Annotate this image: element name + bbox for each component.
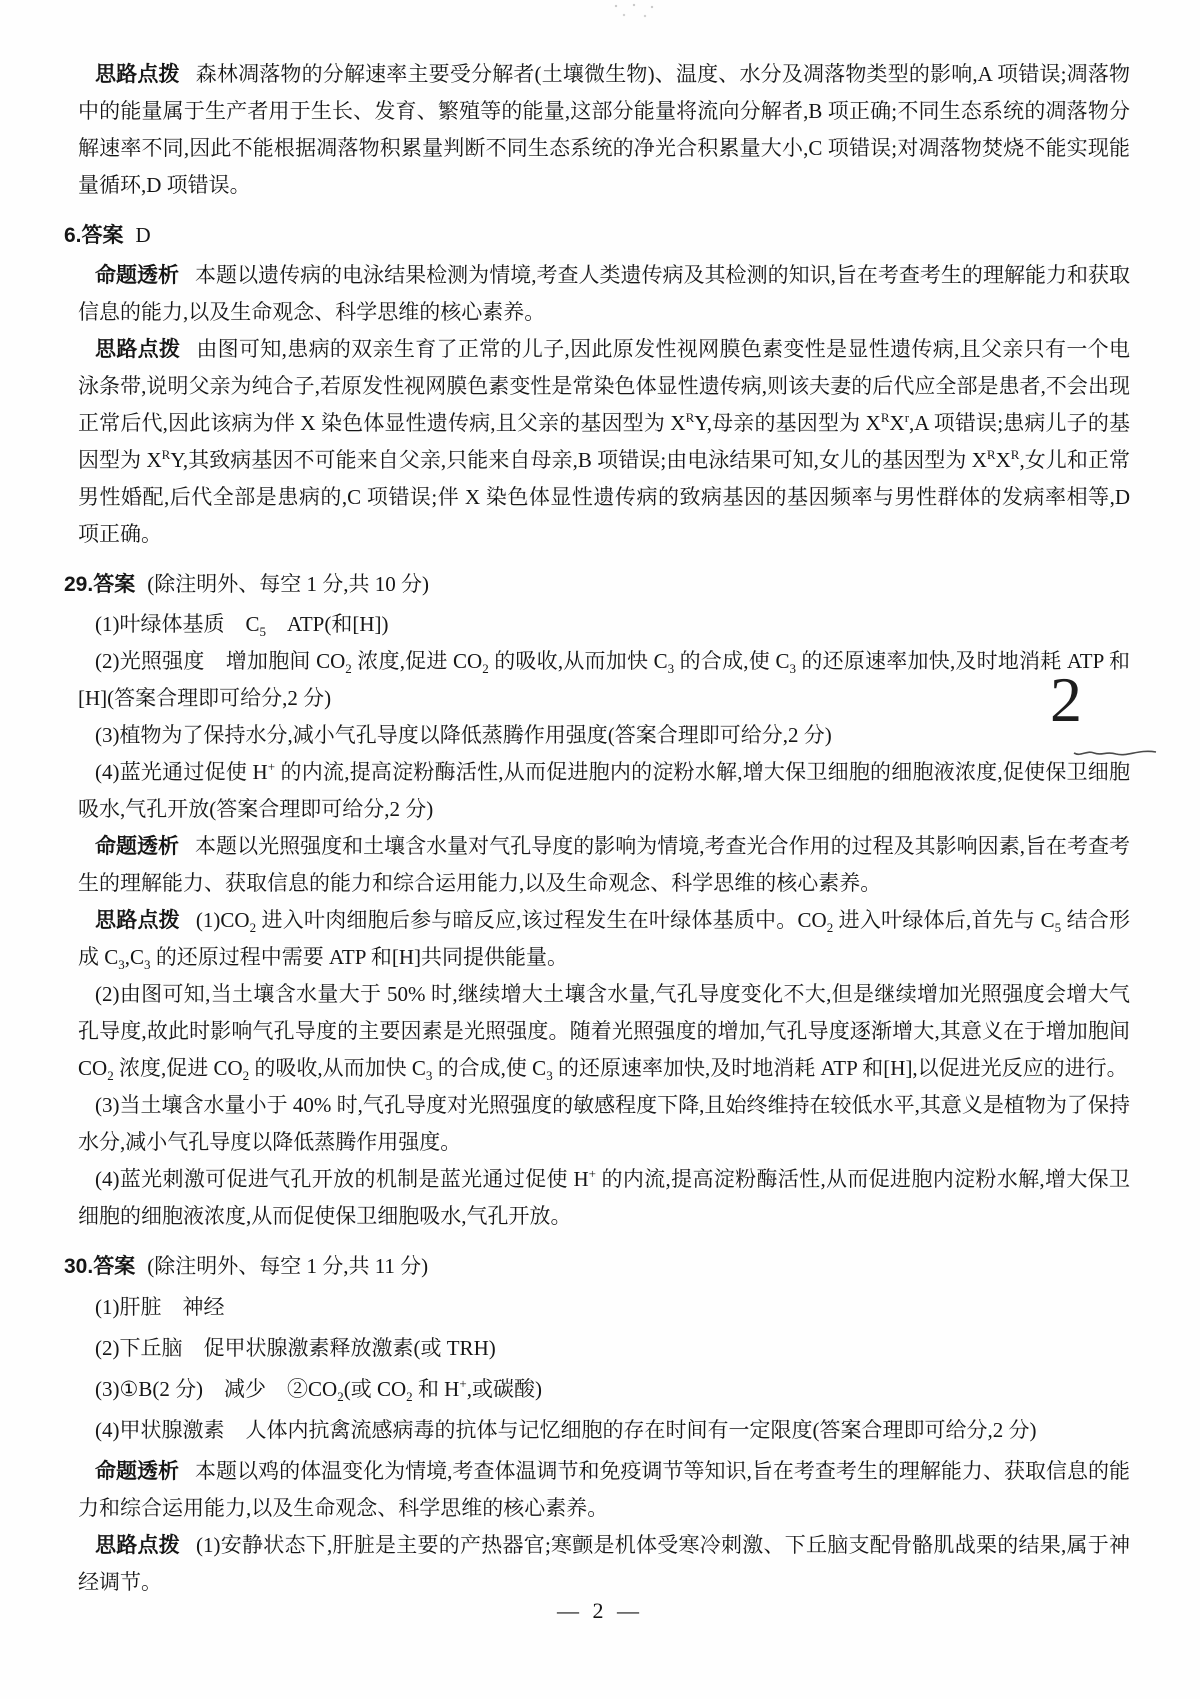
paragraph-text: (1)安静状态下,肝脏是主要的产热器官;寒颤是机体受寒冷刺激、下丘脑支配骨骼肌战… [78,1533,1130,1594]
hint-paragraph: 思路点拨森林凋落物的分解速率主要受分解者(土壤微生物)、温度、水分及凋落物类型的… [78,56,1130,204]
paragraph-text: (4)甲状腺激素 人体内抗禽流感病毒的抗体与记忆细胞的存在时间有一定限度(答案合… [95,1418,1036,1442]
answer-line: (4)蓝光通过促使 H+ 的内流,提高淀粉酶活性,从而促进胞内的淀粉水解,增大保… [78,754,1130,828]
paragraph-text: (1)肝脏 神经 [95,1295,225,1319]
answer-line: (3)植物为了保持水分,减小气孔导度以降低蒸腾作用强度(答案合理即可给分,2 分… [78,717,1130,754]
answer-line: (2)下丘脑 促甲状腺激素释放激素(或 TRH) [78,1330,1130,1367]
answer-line: (4)甲状腺激素 人体内抗禽流感病毒的抗体与记忆细胞的存在时间有一定限度(答案合… [78,1412,1130,1449]
paragraph-text: (除注明外、每空 1 分,共 11 分) [147,1254,428,1278]
paragraph-label: 命题透析 [95,1460,179,1483]
paragraph-label: 6.答案 [64,224,124,247]
answer-key-content: 思路点拨森林凋落物的分解速率主要受分解者(土壤微生物)、温度、水分及凋落物类型的… [0,0,1200,1601]
paragraph-label: 29.答案 [64,573,135,596]
paragraph-text: (4)蓝光刺激可促进气孔开放的机制是蓝光通过促使 H+ 的内流,提高淀粉酶活性,… [78,1167,1130,1228]
paragraph-label: 30.答案 [64,1255,135,1278]
paragraph-text: (2)光照强度 增加胞间 CO2 浓度,促进 CO2 的吸收,从而加快 C3 的… [78,649,1130,710]
answer-line: (4)蓝光刺激可促进气孔开放的机制是蓝光通过促使 H+ 的内流,提高淀粉酶活性,… [78,1161,1130,1235]
answer-line: (3)当土壤含水量小于 40% 时,气孔导度对光照强度的敏感程度下降,且始终维持… [78,1087,1130,1161]
answer-line: (2)光照强度 增加胞间 CO2 浓度,促进 CO2 的吸收,从而加快 C3 的… [78,643,1130,717]
paragraph-text: (2)下丘脑 促甲状腺激素释放激素(或 TRH) [95,1336,496,1360]
paragraph-label: 思路点拨 [95,1534,180,1557]
answer-item-header: 29.答案(除注明外、每空 1 分,共 10 分) [78,566,1130,603]
paragraph-text: (1)叶绿体基质 C5 ATP(和[H]) [95,612,389,636]
hint-paragraph: 思路点拨(1)安静状态下,肝脏是主要的产热器官;寒颤是机体受寒冷刺激、下丘脑支配… [78,1527,1130,1601]
paragraph-text: (3)①B(2 分) 减少 ②CO2(或 CO2 和 H+,或碳酸) [95,1377,542,1401]
paragraph-text: (3)当土壤含水量小于 40% 时,气孔导度对光照强度的敏感程度下降,且始终维持… [78,1093,1130,1154]
answer-item-header: 6.答案D [78,217,1130,254]
paragraph-text: 本题以光照强度和土壤含水量对气孔导度的影响为情境,考查光合作用的过程及其影响因素… [78,834,1130,895]
paragraph-label: 思路点拨 [95,63,180,86]
page-number-footer: — 2 — [0,1598,1200,1624]
margin-page-mark: 2 [1050,668,1082,732]
hint-paragraph: 思路点拨(1)CO2 进入叶肉细胞后参与暗反应,该过程发生在叶绿体基质中。CO2… [78,902,1130,976]
scan-noise-artifact [612,3,672,23]
paragraph-text: 本题以鸡的体温变化为情境,考查体温调节和免疫调节等知识,旨在考查考生的理解能力、… [78,1459,1130,1520]
analysis-paragraph: 命题透析本题以遗传病的电泳结果检测为情境,考查人类遗传病及其检测的知识,旨在考查… [78,257,1130,331]
answer-line: (2)由图可知,当土壤含水量大于 50% 时,继续增大土壤含水量,气孔导度变化不… [78,976,1130,1087]
paragraph-label: 命题透析 [95,264,179,287]
document-page: 思路点拨森林凋落物的分解速率主要受分解者(土壤微生物)、温度、水分及凋落物类型的… [0,0,1200,1699]
hint-paragraph: 思路点拨由图可知,患病的双亲生育了正常的儿子,因此原发性视网膜色素变性是显性遗传… [78,331,1130,553]
paragraph-text: (1)CO2 进入叶肉细胞后参与暗反应,该过程发生在叶绿体基质中。CO2 进入叶… [78,908,1130,969]
paragraph-text: D [136,223,151,247]
paragraph-label: 思路点拨 [95,338,180,361]
analysis-paragraph: 命题透析本题以鸡的体温变化为情境,考查体温调节和免疫调节等知识,旨在考查考生的理… [78,1453,1130,1527]
paragraph-text: 本题以遗传病的电泳结果检测为情境,考查人类遗传病及其检测的知识,旨在考查考生的理… [78,263,1130,324]
answer-line: (1)叶绿体基质 C5 ATP(和[H]) [78,606,1130,643]
paragraph-text: 由图可知,患病的双亲生育了正常的儿子,因此原发性视网膜色素变性是显性遗传病,且父… [78,337,1130,546]
answer-line: (1)肝脏 神经 [78,1289,1130,1326]
answer-line: (3)①B(2 分) 减少 ②CO2(或 CO2 和 H+,或碳酸) [78,1371,1130,1408]
paragraph-text: (除注明外、每空 1 分,共 10 分) [147,572,429,596]
paragraph-text: (4)蓝光通过促使 H+ 的内流,提高淀粉酶活性,从而促进胞内的淀粉水解,增大保… [78,760,1130,821]
paragraph-text: (2)由图可知,当土壤含水量大于 50% 时,继续增大土壤含水量,气孔导度变化不… [78,982,1130,1080]
paragraph-label: 思路点拨 [95,909,180,932]
analysis-paragraph: 命题透析本题以光照强度和土壤含水量对气孔导度的影响为情境,考查光合作用的过程及其… [78,828,1130,902]
paragraph-label: 命题透析 [95,835,179,858]
paragraph-text: 森林凋落物的分解速率主要受分解者(土壤微生物)、温度、水分及凋落物类型的影响,A… [78,62,1130,197]
answer-item-header: 30.答案(除注明外、每空 1 分,共 11 分) [78,1248,1130,1285]
scan-artifact-squiggle [1072,744,1158,765]
paragraph-text: (3)植物为了保持水分,减小气孔导度以降低蒸腾作用强度(答案合理即可给分,2 分… [95,723,832,747]
